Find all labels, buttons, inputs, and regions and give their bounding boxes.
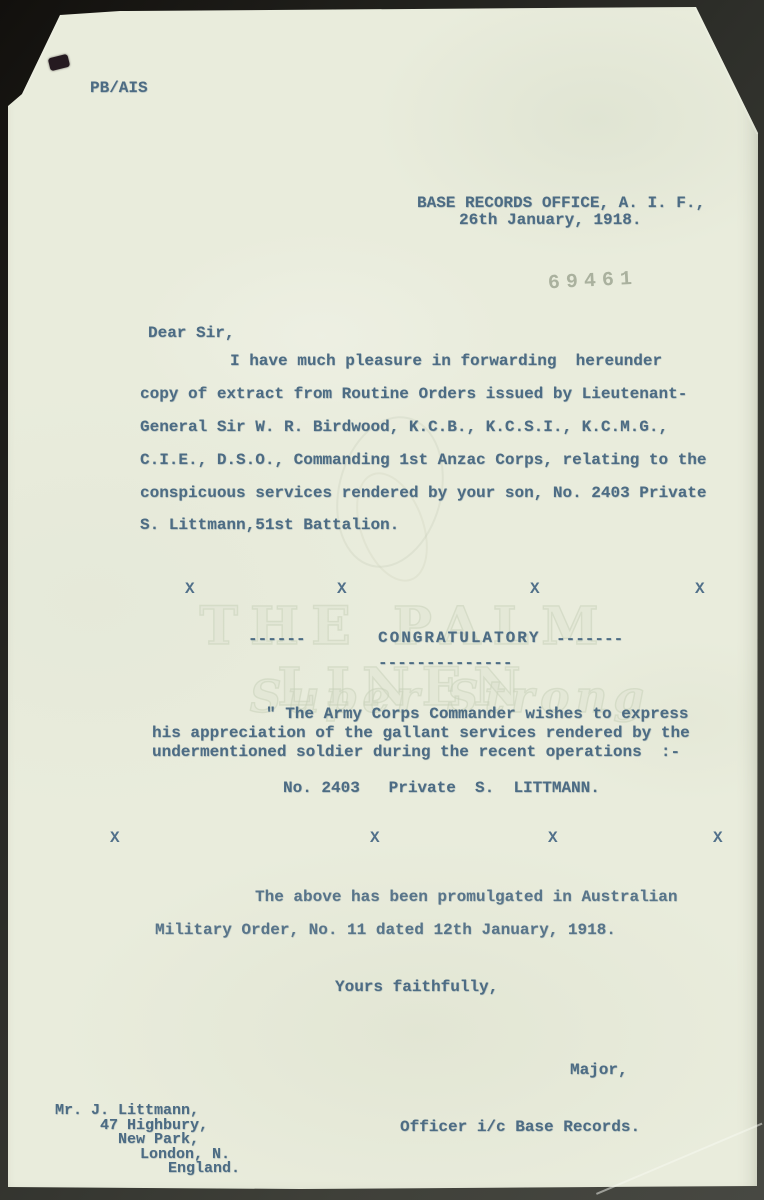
office-name: BASE RECORDS OFFICE, A. I. F., — [417, 194, 705, 212]
body-line-3: General Sir W. R. Birdwood, K.C.B., K.C.… — [140, 418, 668, 436]
address-line-5: England. — [168, 1160, 240, 1177]
x-separator: X — [185, 580, 195, 598]
x-separator: X — [370, 829, 380, 847]
promulgation-line-1: The above has been promulgated in Austra… — [255, 888, 677, 906]
quote-line-2: his appreciation of the gallant services… — [152, 724, 690, 742]
congratulatory-heading: CONGRATULATORY — [378, 629, 540, 647]
x-separator: X — [110, 829, 120, 847]
quote-line-3: undermentioned soldier during the recent… — [152, 743, 680, 761]
x-separator: X — [337, 580, 347, 598]
letter-paper: THE PALM LINEN Super Strong PB/AIS BASE … — [0, 0, 764, 1200]
body-line-1: I have much pleasure in forwarding hereu… — [230, 352, 662, 370]
quote-line-1: " The Army Corps Commander wishes to exp… — [266, 705, 688, 723]
x-separator-row-2: X X X X — [0, 0, 764, 22]
x-separator: X — [695, 580, 705, 598]
body-line-2: copy of extract from Routine Orders issu… — [140, 385, 687, 403]
x-separator: X — [548, 829, 558, 847]
x-separator: X — [713, 829, 723, 847]
punch-hole-mark — [48, 54, 71, 71]
letter-date: 26th January, 1918. — [459, 211, 641, 229]
closing-salutation: Yours faithfully, — [335, 978, 498, 996]
signature-rank: Major, — [570, 1061, 628, 1079]
soldier-line: No. 2403 Private S. LITTMANN. — [283, 779, 600, 797]
body-line-6: S. Littmann,51st Battalion. — [140, 516, 399, 534]
heading-underline-dashes: -------------- — [378, 654, 512, 672]
x-separator: X — [530, 580, 540, 598]
received-number-stamp: 69461 — [547, 268, 638, 296]
salutation: Dear Sir, — [148, 324, 234, 342]
promulgation-line-2: Military Order, No. 11 dated 12th Januar… — [155, 921, 616, 939]
body-line-4: C.I.E., D.S.O., Commanding 1st Anzac Cor… — [140, 451, 707, 469]
body-line-5: conspicuous services rendered by your so… — [140, 484, 707, 502]
reference-code: PB/AIS — [90, 79, 148, 97]
officer-signoff: Officer i/c Base Records. — [400, 1118, 640, 1136]
heading-dashes-right: ------- — [556, 630, 623, 648]
heading-dashes-left: ------ — [248, 630, 306, 648]
scan-background: { "doc": { "ref": "PB/AIS", "office": "B… — [0, 0, 764, 1200]
